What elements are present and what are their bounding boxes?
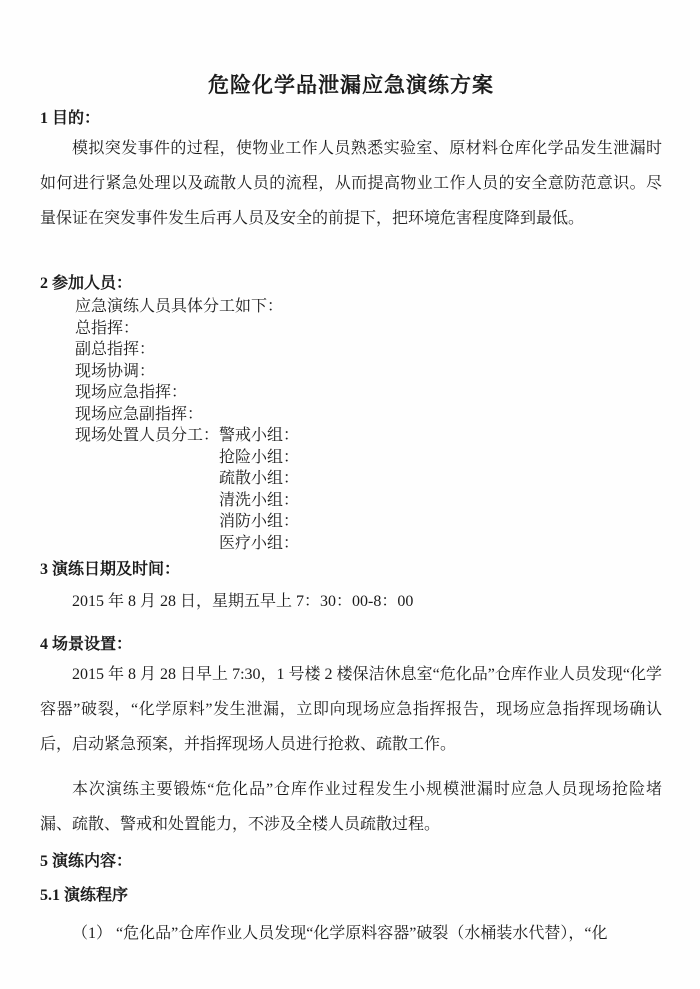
role-site-emergency-commander: 现场应急指挥： (75, 382, 662, 404)
group-medical: 医疗小组： (219, 533, 662, 555)
purpose-paragraph: 模拟突发事件的过程，使物业工作人员熟悉实验室、原材料仓库化学品发生泄漏时如何进行… (40, 131, 662, 236)
section-2-heading: 2 参加人员： (40, 272, 662, 296)
role-chief-commander: 总指挥： (75, 318, 662, 340)
participants-intro: 应急演练人员具体分工如下： (75, 296, 662, 318)
section-1-heading: 1 目的： (40, 107, 662, 131)
role-deputy-chief-commander: 副总指挥： (75, 339, 662, 361)
participants-list: 应急演练人员具体分工如下： 总指挥： 副总指挥： 现场协调： 现场应急指挥： 现… (75, 296, 662, 554)
scene-paragraph-1: 2015 年 8 月 28 日早上 7:30，1 号楼 2 楼保洁休息室“危化品… (40, 657, 662, 762)
group-cleaning: 清洗小组： (219, 490, 662, 512)
procedure-step-1: （1） “危化品”仓库作业人员发现“化学原料容器”破裂（水桶装水代替），“化 (40, 916, 662, 951)
section-5-heading: 5 演练内容： (40, 850, 662, 874)
scene-paragraph-2: 本次演练主要锻炼“危化品”仓库作业过程发生小规模泄漏时应急人员现场抢险堵漏、疏散… (40, 772, 662, 842)
section-3-heading: 3 演练日期及时间： (40, 558, 662, 582)
drill-datetime: 2015 年 8 月 28 日，星期五早上 7：30：00-8：00 (40, 584, 662, 619)
role-site-coordinator: 现场协调： (75, 361, 662, 383)
group-security: 警戒小组： (219, 427, 299, 444)
section-5-1-heading: 5.1 演练程序 (40, 884, 662, 908)
document-page: 危险化学品泄漏应急演练方案 1 目的： 模拟突发事件的过程，使物业工作人员熟悉实… (0, 0, 700, 989)
group-firefighting: 消防小组： (219, 511, 662, 533)
group-rescue: 抢险小组： (219, 447, 662, 469)
document-title: 危险化学品泄漏应急演练方案 (40, 72, 662, 99)
assignment-row: 现场处置人员分工：警戒小组： (75, 425, 662, 447)
group-evacuation: 疏散小组： (219, 468, 662, 490)
section-4-heading: 4 场景设置： (40, 633, 662, 657)
role-site-emergency-deputy-commander: 现场应急副指挥： (75, 404, 662, 426)
assignment-label: 现场处置人员分工： (75, 427, 219, 444)
